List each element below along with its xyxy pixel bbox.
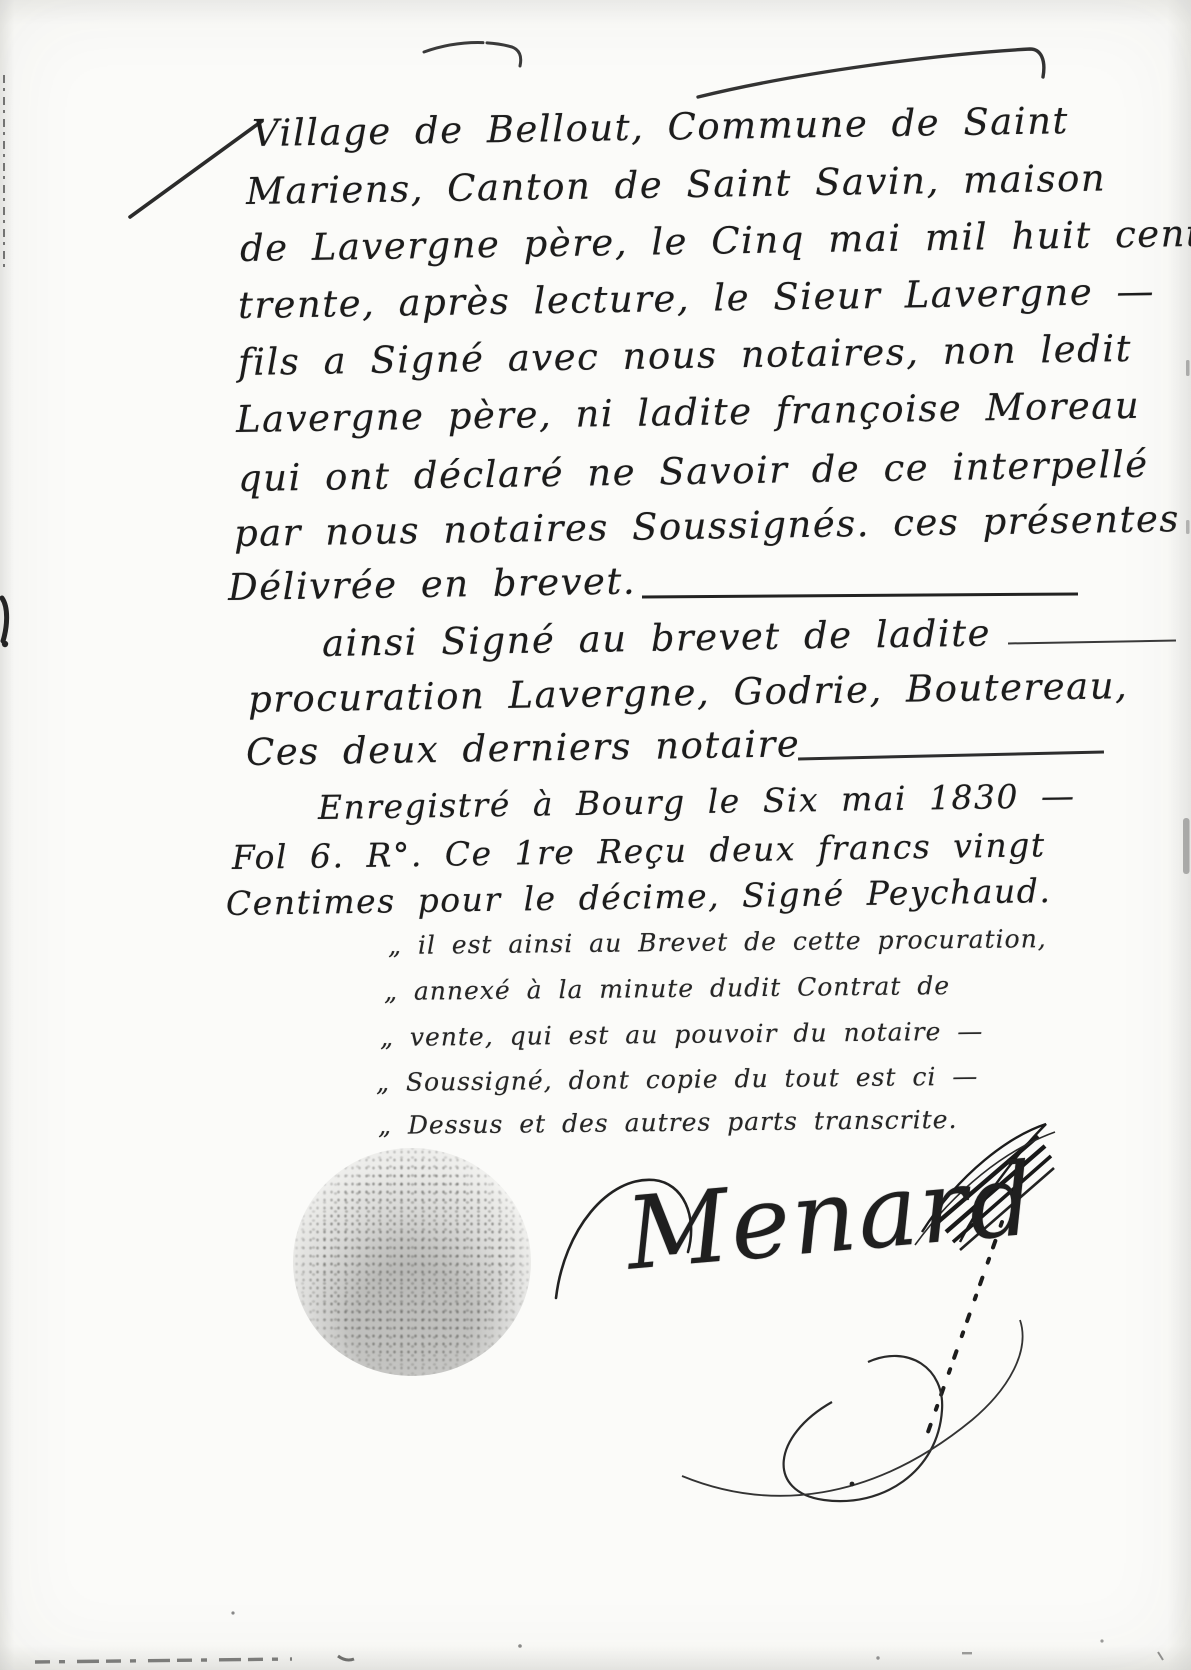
text-line-8: par nous notaires Soussignés. ces présen… (234, 497, 1180, 555)
text-line-7: qui ont déclaré ne Savoir de ce interpel… (238, 443, 1149, 500)
text-line-14: Fol 6. R°. Ce 1re Reçu deux francs vingt (232, 825, 1046, 877)
text-line-10: ainsi Signé au brevet de ladite (322, 611, 992, 665)
filler-rule-after-notaire (798, 751, 1104, 761)
text-line-1: Village de Bellout, Commune de Saint (252, 99, 1069, 155)
manuscript-scan-page: Village de Bellout, Commune de Saint Mar… (0, 0, 1191, 1670)
text-line-11: procuration Lavergne, Godrie, Boutereau, (248, 664, 1129, 721)
text-line-15: Centimes pour le décime, Signé Peychaud. (226, 871, 1052, 923)
signature-block: Menard (540, 1080, 1120, 1520)
text-line-4: trente, après lecture, le Sieur Lavergne… (238, 270, 1156, 327)
text-line-13: Enregistré à Bourg le Six mai 1830 — (318, 776, 1076, 827)
text-line-18: „ vente, qui est au pouvoir du notaire — (380, 1017, 984, 1052)
text-line-2: Mariens, Canton de Saint Savin, maison (246, 156, 1107, 213)
text-line-9: Délivrée en brevet. (228, 560, 637, 609)
text-line-3: de Lavergne père, le Cinq mai mil huit c… (240, 212, 1191, 270)
text-line-6: Lavergne père, ni ladite françoise Morea… (236, 384, 1141, 441)
text-line-16: „ il est ainsi au Brevet de cette procur… (388, 924, 1047, 960)
text-line-17: „ annexé à la minute dudit Contrat de (384, 971, 950, 1006)
text-line-12: Ces deux derniers notaire (246, 722, 801, 774)
faded-ink-stamp (293, 1148, 531, 1376)
filler-rule-after-brevet (642, 592, 1078, 598)
filler-rule-after-ladite (1008, 640, 1176, 645)
signature-flourish (540, 1080, 1120, 1520)
text-line-5: fils a Signé avec nous notaires, non led… (238, 327, 1133, 384)
